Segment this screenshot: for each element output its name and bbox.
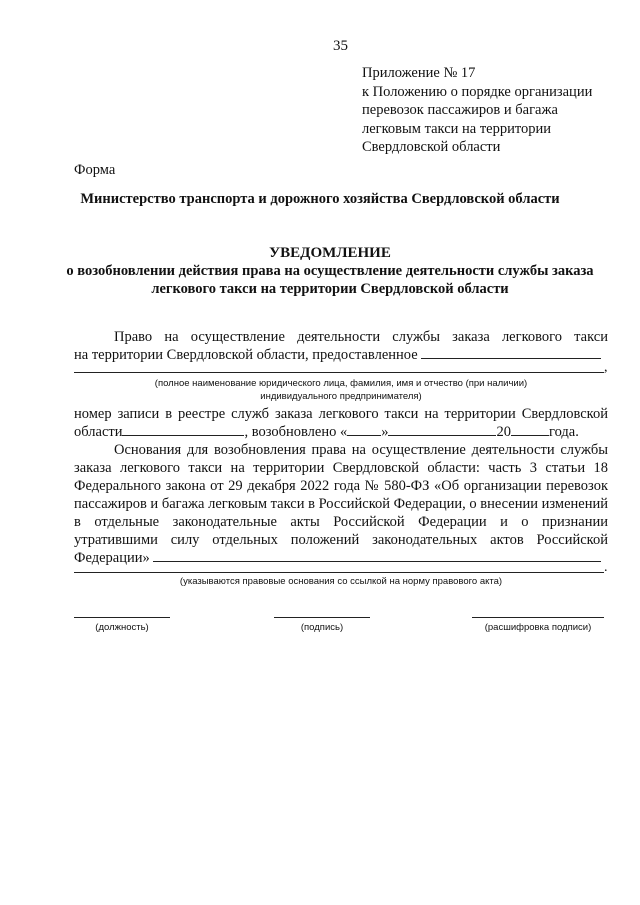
paragraph-right-prefix: на территории Свердловской области, пред…: [74, 347, 418, 363]
registry-line1: номер записи в реестре служб заказа легк…: [74, 405, 608, 423]
trailing-comma: ,: [604, 360, 608, 376]
title-sub-line: о возобновлении действия права на осущес…: [0, 262, 640, 280]
month-field[interactable]: [388, 423, 496, 436]
year-field[interactable]: [511, 423, 549, 436]
year-suffix: года.: [549, 424, 579, 440]
appendix-line: перевозок пассажиров и багажа: [362, 101, 592, 120]
grounds-prefix: Федерации»: [74, 550, 150, 566]
ministry-heading: Министерство транспорта и дорожного хозя…: [0, 191, 640, 208]
appendix-line: Свердловской области: [362, 138, 592, 157]
entity-name-field[interactable]: [74, 372, 604, 373]
registry-line2: области, возобновлено «»20года.: [74, 423, 608, 441]
signature-decoding-label: (расшифровка подписи): [472, 622, 604, 633]
paragraph-right-line1: Право на осуществление деятельности служ…: [74, 328, 608, 346]
grounds-field-2[interactable]: [74, 572, 604, 573]
title-main: УВЕДОМЛЕНИЕ: [0, 244, 640, 262]
grounds-line: в отдельные законодательные акты Российс…: [74, 513, 608, 531]
grounds-line: заказа легкового такси на территории Све…: [74, 459, 608, 477]
grounds-line: пассажиров и багажа легковым такси в Рос…: [74, 495, 608, 513]
appendix-line: к Положению о порядке организации: [362, 83, 592, 102]
grounds-line: утратившими силу отдельных положений зак…: [74, 531, 608, 549]
year-prefix: 20: [496, 424, 511, 440]
signature-decoding-field[interactable]: [472, 617, 604, 618]
signature-label: (подпись): [274, 622, 370, 633]
appendix-line: легковым такси на территории: [362, 120, 592, 139]
grounds-hint: (указываются правовые основания со ссылк…: [74, 576, 608, 587]
grounds-field-1[interactable]: [153, 549, 601, 562]
page-number: 35: [333, 38, 348, 55]
grounds-line7: Федерации»: [74, 549, 608, 567]
form-label: Форма: [74, 162, 115, 179]
trailing-period: .: [604, 560, 608, 576]
registry-prefix: области: [74, 424, 122, 440]
signature-field[interactable]: [274, 617, 370, 618]
quote-close: »: [381, 424, 388, 440]
position-field[interactable]: [74, 617, 170, 618]
registry-number-field[interactable]: [122, 423, 244, 436]
appendix-reference: Приложение № 17 к Положению о порядке ор…: [362, 64, 592, 157]
appendix-line: Приложение № 17: [362, 64, 592, 83]
entity-name-hint: индивидуального предпринимателя): [74, 391, 608, 402]
paragraph-right-line2: на территории Свердловской области, пред…: [74, 346, 608, 364]
day-field[interactable]: [347, 423, 381, 436]
title-sub-line: легкового такси на территории Свердловск…: [0, 280, 640, 298]
grounds-line: Федерального закона от 29 декабря 2022 г…: [74, 477, 608, 495]
document-title: УВЕДОМЛЕНИЕ о возобновлении действия пра…: [0, 244, 640, 298]
position-label: (должность): [74, 622, 170, 633]
grounds-line: Основания для возобновления права на осу…: [74, 441, 608, 459]
provided-to-field[interactable]: [421, 346, 601, 359]
resumed-label: , возобновлено «: [244, 424, 347, 440]
entity-name-hint: (полное наименование юридического лица, …: [74, 378, 608, 389]
